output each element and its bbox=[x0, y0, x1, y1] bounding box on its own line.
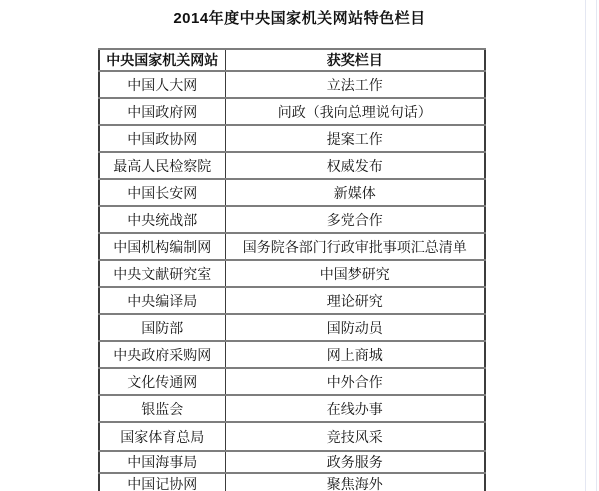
column-cell: 国务院各部门行政审批事项汇总清单 bbox=[225, 233, 485, 260]
column-cell: 竞技风采 bbox=[225, 422, 485, 451]
site-cell: 中央文献研究室 bbox=[99, 260, 225, 287]
table-row: 中央文献研究室 中国梦研究 bbox=[99, 260, 485, 287]
column-cell: 政务服务 bbox=[225, 451, 485, 473]
column-cell: 新媒体 bbox=[225, 179, 485, 206]
site-cell: 最高人民检察院 bbox=[99, 152, 225, 179]
column-cell: 在线办事 bbox=[225, 395, 485, 422]
table-row: 最高人民检察院 权威发布 bbox=[99, 152, 485, 179]
site-cell: 中国政协网 bbox=[99, 125, 225, 152]
site-cell: 国防部 bbox=[99, 314, 225, 341]
table-row: 文化传通网 中外合作 bbox=[99, 368, 485, 395]
table-row: 中国政协网 提案工作 bbox=[99, 125, 485, 152]
column-header-site: 中央国家机关网站 bbox=[99, 49, 225, 71]
column-cell: 中外合作 bbox=[225, 368, 485, 395]
page-edge-line bbox=[585, 0, 586, 491]
column-cell: 问政（我向总理说句话） bbox=[225, 98, 485, 125]
table-row: 国家体育总局 竞技风采 bbox=[99, 422, 485, 451]
column-cell: 多党合作 bbox=[225, 206, 485, 233]
table-row: 中央编译局 理论研究 bbox=[99, 287, 485, 314]
table-row: 中国机构编制网 国务院各部门行政审批事项汇总清单 bbox=[99, 233, 485, 260]
column-cell: 网上商城 bbox=[225, 341, 485, 368]
page-title: 2014年度中央国家机关网站特色栏目 bbox=[0, 7, 599, 28]
column-cell: 立法工作 bbox=[225, 71, 485, 98]
table-row: 中国记协网 聚焦海外 bbox=[99, 473, 485, 491]
column-header-column: 获奖栏目 bbox=[225, 49, 485, 71]
table-row: 中央政府采购网 网上商城 bbox=[99, 341, 485, 368]
site-cell: 中国机构编制网 bbox=[99, 233, 225, 260]
site-cell: 中央统战部 bbox=[99, 206, 225, 233]
site-cell: 中国海事局 bbox=[99, 451, 225, 473]
site-cell: 中国人大网 bbox=[99, 71, 225, 98]
site-cell: 中国政府网 bbox=[99, 98, 225, 125]
site-cell: 文化传通网 bbox=[99, 368, 225, 395]
table-row: 中国人大网 立法工作 bbox=[99, 71, 485, 98]
table-row: 银监会 在线办事 bbox=[99, 395, 485, 422]
award-table: 中央国家机关网站 获奖栏目 中国人大网 立法工作 中国政府网 问政（我向总理说句… bbox=[98, 48, 486, 491]
site-cell: 中央编译局 bbox=[99, 287, 225, 314]
site-cell: 中央政府采购网 bbox=[99, 341, 225, 368]
table-row: 中央统战部 多党合作 bbox=[99, 206, 485, 233]
table-row: 中国政府网 问政（我向总理说句话） bbox=[99, 98, 485, 125]
site-cell: 中国长安网 bbox=[99, 179, 225, 206]
column-cell: 理论研究 bbox=[225, 287, 485, 314]
page-edge-line bbox=[596, 0, 597, 491]
site-cell: 银监会 bbox=[99, 395, 225, 422]
table-row: 国防部 国防动员 bbox=[99, 314, 485, 341]
column-cell: 国防动员 bbox=[225, 314, 485, 341]
table-row: 中国海事局 政务服务 bbox=[99, 451, 485, 473]
column-cell: 提案工作 bbox=[225, 125, 485, 152]
column-cell: 权威发布 bbox=[225, 152, 485, 179]
table-row: 中国长安网 新媒体 bbox=[99, 179, 485, 206]
column-cell: 中国梦研究 bbox=[225, 260, 485, 287]
site-cell: 中国记协网 bbox=[99, 473, 225, 491]
column-cell: 聚焦海外 bbox=[225, 473, 485, 491]
table-header-row: 中央国家机关网站 获奖栏目 bbox=[99, 49, 485, 71]
site-cell: 国家体育总局 bbox=[99, 422, 225, 451]
